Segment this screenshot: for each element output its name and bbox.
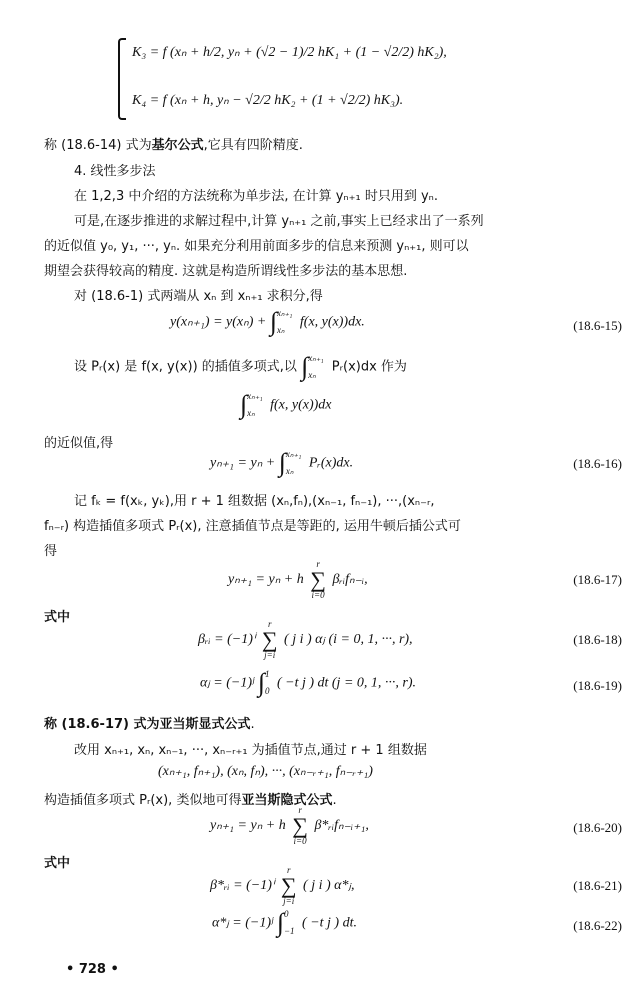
equation-18-6-19: αⱼ = (−1)ʲ ∫10 ( −t j ) dt (j = 0, 1, ··…	[200, 666, 416, 700]
equation-18-6-16: yₙ₊₁ = yₙ + ∫xₙ₊₁xₙ Pᵣ(x)dx.	[210, 446, 353, 480]
equation-18-6-18: βᵣᵢ = (−1)ⁱ r∑j=i ( j i ) αⱼ (i = 0, 1, …	[198, 620, 413, 660]
equation-number: (18.6-18)	[573, 632, 622, 648]
equation-number: (18.6-15)	[573, 318, 622, 334]
integral-sign: ∫	[258, 668, 265, 697]
equation-number: (18.6-22)	[573, 918, 622, 934]
equation-k3: K₃ = f (xₙ + h/2, yₙ + (√2 − 1)/2 hK₁ + …	[132, 44, 447, 61]
paragraph-interpolation: 设 Pᵣ(x) 是 f(x, y(x)) 的插值多项式,以 ∫xₙ₊₁xₙ Pᵣ…	[74, 350, 407, 384]
equation-18-6-22: α*ⱼ = (−1)ʲ ∫0−1 ( −t j ) dt.	[212, 906, 357, 940]
sum-sign: ∑	[292, 815, 308, 837]
equation-k4: K₄ = f (xₙ + h, yₙ − √2/2 hK₂ + (1 + √2/…	[132, 92, 403, 109]
paragraph-nodes: 改用 xₙ₊₁, xₙ, xₙ₋₁, ···, xₙ₋ᵣ₊₁ 为插值节点,通过 …	[74, 739, 427, 758]
paragraph-adams-explicit: 称 (18.6-17) 式为亚当斯显式公式.	[44, 713, 255, 732]
sum-sign: ∑	[262, 629, 278, 651]
equation-18-6-20: yₙ₊₁ = yₙ + h r∑i=0 β*ᵣᵢfₙ₋ᵢ₊₁,	[210, 806, 369, 846]
integral-sign: ∫	[277, 908, 284, 937]
paragraph-line: 期望会获得较高的精度. 这就是构造所谓线性多步法的基本思想.	[44, 260, 407, 279]
where-label: 式中	[44, 606, 70, 625]
data-points: (xₙ₊₁, fₙ₊₁), (xₙ, fₙ), ···, (xₙ₋ᵣ₊₁, fₙ…	[158, 763, 373, 780]
equation-integral: ∫xₙ₊₁xₙ f(x, y(x))dx	[240, 388, 332, 422]
sum-sign: ∑	[281, 875, 297, 897]
equation-number: (18.6-17)	[573, 572, 622, 588]
paragraph-line: 的近似值 y₀, y₁, ···, yₙ. 如果充分利用前面多步的信息来预测 y…	[44, 235, 469, 254]
paragraph-line: fₙ₋ᵣ) 构造插值多项式 Pᵣ(x), 注意插值节点是等距的, 运用牛顿后插公…	[44, 515, 461, 534]
equation-number: (18.6-20)	[573, 820, 622, 836]
term-gill-formula: 基尔公式	[152, 138, 204, 153]
section-heading: 4. 线性多步法	[74, 160, 156, 179]
equation-18-6-17: yₙ₊₁ = yₙ + h r∑i=0 βᵣᵢfₙ₋ᵢ,	[228, 560, 368, 600]
left-brace	[118, 38, 126, 120]
equation-number: (18.6-16)	[573, 456, 622, 472]
sum-sign: ∑	[310, 569, 326, 591]
where-label: 式中	[44, 852, 70, 871]
equation-18-6-21: β*ᵣᵢ = (−1)ⁱ r∑j=i ( j i ) α*ⱼ,	[210, 866, 354, 906]
equation-18-6-15: y(xₙ₊₁) = y(xₙ) + ∫xₙ₊₁xₙ f(x, y(x))dx.	[170, 305, 365, 339]
paragraph-line: 记 fₖ = f(xₖ, yₖ),用 r + 1 组数据 (xₙ,fₙ),(xₙ…	[74, 490, 434, 509]
paragraph-kutta-formula: 称 (18.6-14) 式为基尔公式,它具有四阶精度.	[44, 134, 303, 153]
integral-sign: ∫	[270, 307, 277, 336]
paragraph-line: 得	[44, 540, 57, 559]
page-number: • 728 •	[66, 962, 119, 977]
integral-sign: ∫	[279, 448, 286, 477]
paragraph-line: 可是,在逐步推进的求解过程中,计算 yₙ₊₁ 之前,事实上已经求出了一系列	[74, 210, 484, 229]
paragraph-integrate: 对 (18.6-1) 式两端从 xₙ 到 xₙ₊₁ 求积分,得	[74, 285, 323, 304]
term-adams-explicit: 亚当斯显式公式	[160, 717, 251, 732]
paragraph-approx: 的近似值,得	[44, 432, 113, 451]
equation-number: (18.6-19)	[573, 678, 622, 694]
equation-number: (18.6-21)	[573, 878, 622, 894]
paragraph-single-step: 在 1,2,3 中介绍的方法统称为单步法, 在计算 yₙ₊₁ 时只用到 yₙ.	[74, 185, 438, 204]
